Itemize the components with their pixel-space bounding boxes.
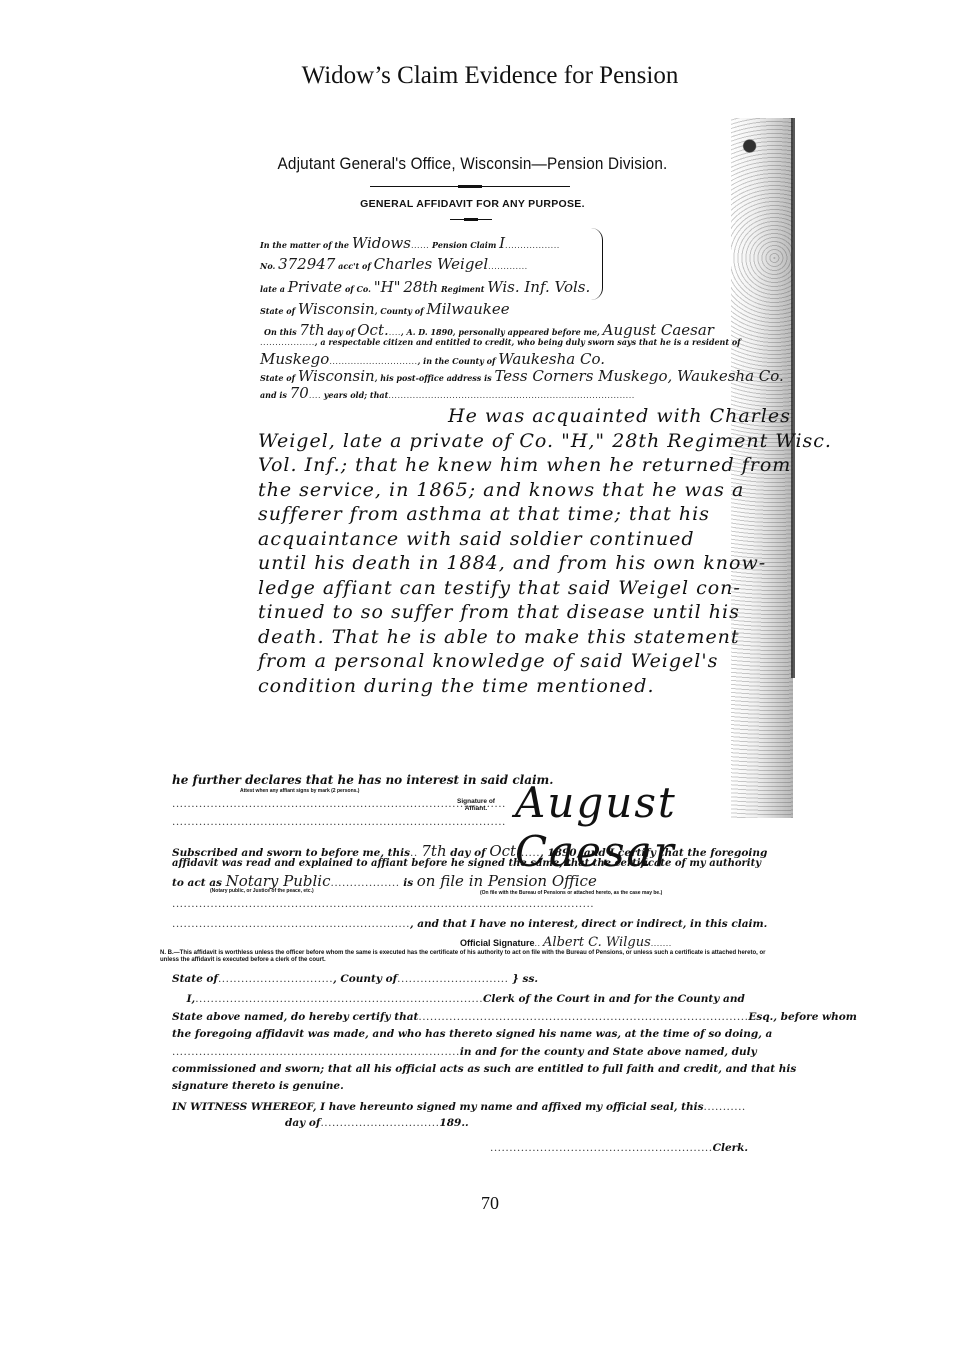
statement-line: sufferer from asthma at that time; that …	[258, 502, 778, 527]
statement-line: death. That he is able to make this stat…	[258, 625, 778, 650]
claim-number: 372947	[278, 255, 335, 273]
official-signature: Albert C. Wilgus	[543, 935, 651, 950]
divider	[370, 186, 570, 187]
statement-line: ledge affiant can testify that said Weig…	[258, 576, 778, 601]
affidavit-form: Adjutant General's Office, Wisconsin—Pen…	[160, 118, 785, 1158]
page-title: Widow’s Claim Evidence for Pension	[0, 62, 980, 90]
residence-county: Waukesha Co.	[498, 350, 605, 368]
divider	[450, 219, 492, 220]
rank-line: late a Private of Co. "H" 28th Regiment …	[260, 278, 590, 296]
matter-line: In the matter of the Widows...... Pensio…	[260, 234, 560, 252]
handwritten-statement: He was acquainted with Charles Weigel, l…	[258, 404, 778, 698]
venue-county: Milwaukee	[426, 300, 509, 318]
page-number: 70	[0, 1193, 980, 1214]
signature-label: Signature of Affiant.	[456, 798, 496, 812]
regiment-name: Wis. Inf. Vols.	[487, 278, 590, 296]
witness-day-line: day of...............................189…	[285, 1117, 890, 1129]
citizen-line: .................., a respectable citize…	[260, 337, 741, 347]
clerk-in-and-for-line: ........................................…	[172, 1046, 777, 1058]
clerk-venue-line: State of.............................., …	[172, 973, 777, 985]
read-line: affidavit was read and explained to affi…	[172, 858, 777, 869]
statement-line: Weigel, late a private of Co. "H," 28th …	[258, 429, 778, 454]
no-interest-line: ........................................…	[172, 918, 777, 930]
age-line: and is 70.... years old; that...........…	[260, 384, 635, 402]
statement-line: acquaintance with said soldier continued	[258, 527, 778, 552]
statement-line: the service, in 1865; and knows that he …	[258, 478, 778, 503]
statement-line: from a personal knowledge of said Weigel…	[258, 649, 778, 674]
post-office: Tess Corners Muskego, Waukesha Co.	[494, 367, 783, 385]
residence: Muskego	[260, 350, 329, 368]
regiment-number: 28th	[403, 278, 438, 296]
office-heading: Adjutant General's Office, Wisconsin—Pen…	[191, 154, 754, 174]
clerk-i-line: I,......................................…	[172, 993, 777, 1005]
claim-type: Widows	[352, 234, 411, 252]
clerk-genuine-line: signature thereto is genuine.	[172, 1080, 777, 1092]
affidavit-heading: GENERAL AFFIDAVIT FOR ANY PURPOSE.	[160, 198, 785, 210]
venue-line: State of Wisconsin, County of Milwaukee	[260, 300, 510, 318]
post-office-line: State of Wisconsin, his post-office addr…	[260, 367, 784, 385]
residence-state: Wisconsin	[298, 367, 375, 385]
residence-line: Muskego............................., in…	[260, 350, 605, 368]
scan-edge	[791, 118, 795, 678]
nb-note: N. B.—This affidavit is worthless unless…	[160, 950, 785, 964]
dotted-line: ........................................…	[172, 898, 777, 910]
clerk-foregoing-line: the foregoing affidavit was made, and wh…	[172, 1028, 777, 1040]
venue-state: Wisconsin	[298, 300, 375, 318]
statement-line: condition during the time mentioned.	[258, 674, 778, 699]
brace	[590, 228, 603, 300]
witness-line: IN WITNESS WHEREOF, I have hereunto sign…	[172, 1101, 777, 1113]
rank: Private	[288, 278, 342, 296]
age: 70	[290, 384, 309, 402]
soldier-name: Charles Weigel	[374, 255, 489, 273]
official-signature-line: Official Signature.. Albert C. Wilgus...…	[460, 935, 980, 950]
clerk-signature-line: ........................................…	[490, 1142, 980, 1154]
statement-line: Vol. Inf.; that he knew him when he retu…	[258, 453, 778, 478]
clerk-state-line: State above named, do hereby certify tha…	[172, 1011, 777, 1023]
clerk-commissioned-line: commissioned and sworn; that all his off…	[172, 1063, 777, 1075]
company: "H"	[374, 278, 401, 296]
certificate-hint: (On file with the Bureau of Pensions or …	[480, 890, 980, 896]
statement-line: until his death in 1884, and from his ow…	[258, 551, 778, 576]
statement-line: tinued to so suffer from that disease un…	[258, 600, 778, 625]
claim-number-line: No. 372947 acc't of Charles Weigel......…	[260, 255, 528, 273]
statement-line: He was acquainted with Charles	[258, 404, 778, 429]
